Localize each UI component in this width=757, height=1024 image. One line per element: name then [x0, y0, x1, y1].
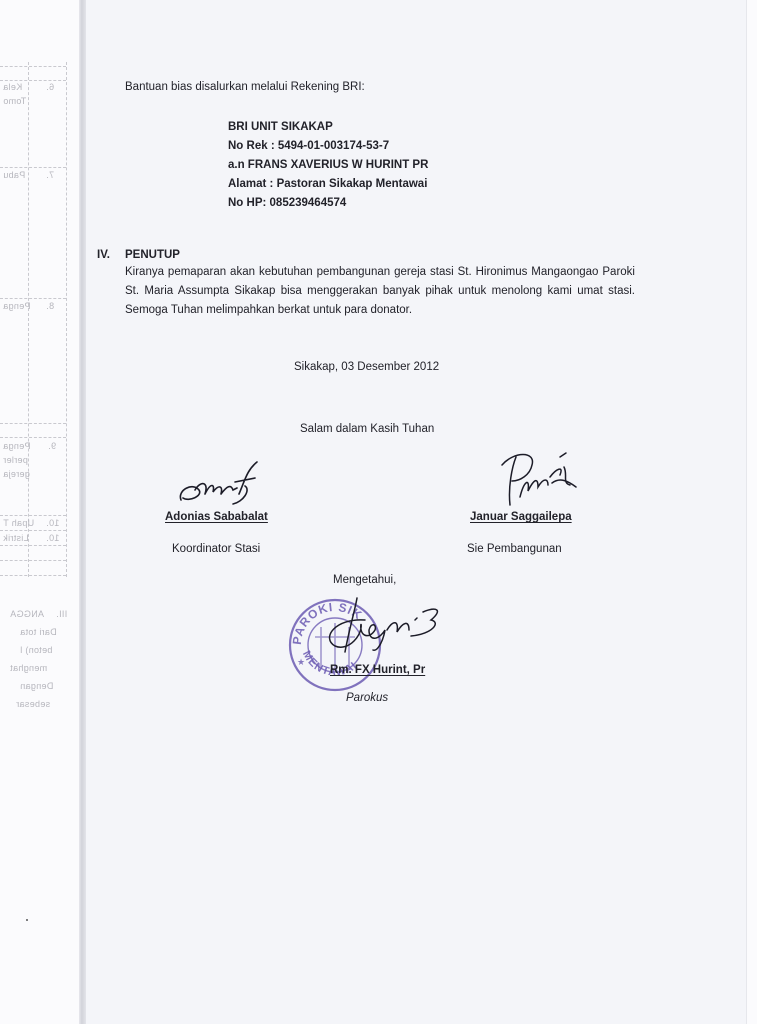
ghost-text: Dengan: [20, 681, 53, 691]
table-line: [0, 437, 66, 438]
signatory-role-1: Koordinator Stasi: [172, 543, 260, 555]
table-line: [0, 560, 66, 561]
signature-adonias: [175, 460, 265, 510]
acknowledger-role: Parokus: [346, 692, 388, 704]
signatory-role-2: Sie Pembangunan: [467, 543, 562, 555]
acknowledger-name: Rm. FX Hurint, Pr: [330, 664, 425, 676]
ghost-text: Penga: [3, 301, 31, 311]
bank-address: Alamat : Pastoran Sikakap Mentawai: [228, 178, 427, 190]
donation-intro: Bantuan bias disalurkan melalui Rekening…: [125, 81, 365, 93]
table-line: [0, 515, 66, 516]
ghost-row-number: 7.: [46, 170, 54, 180]
phone-number: No HP: 085239464574: [228, 197, 346, 209]
table-line: [0, 167, 66, 168]
ghost-text: Listrik: [3, 533, 29, 543]
ghost-text: Dari tota: [20, 627, 57, 637]
ghost-row-number: 6.: [46, 82, 54, 92]
closing-paragraph: Kiranya pemaparan akan kebutuhan pembang…: [125, 263, 635, 320]
ghost-text: gereja: [3, 469, 30, 479]
ghost-row-number: 9.: [48, 441, 56, 451]
ghost-row-number: 8.: [46, 301, 54, 311]
ghost-text: Upah T: [3, 518, 34, 528]
section-number: IV.: [97, 249, 110, 261]
signature-januar: [490, 447, 580, 512]
bank-unit: BRI UNIT SIKAKAP: [228, 121, 333, 133]
account-number: No Rek : 5494-01-003174-53-7: [228, 140, 389, 152]
ghost-text: Penga: [3, 441, 31, 451]
table-line: [66, 62, 67, 577]
table-line: [0, 545, 66, 546]
greeting: Salam dalam Kasih Tuhan: [300, 423, 434, 435]
place-date: Sikakap, 03 Desember 2012: [294, 361, 439, 373]
scan-speck: [26, 919, 28, 921]
ghost-text: Tomo: [3, 96, 26, 106]
ghost-section-number: III.: [56, 609, 67, 619]
ghost-text: perler: [3, 455, 28, 465]
acknowledged-label: Mengetahui,: [333, 574, 396, 586]
stamp-star-icon: ★: [297, 657, 305, 667]
table-line: [0, 575, 66, 576]
signatory-name-1: Adonias Sababalat: [165, 511, 276, 523]
ghost-text: Kela: [3, 82, 22, 92]
ghost-row-number: 10.: [46, 518, 59, 528]
page-edge: [746, 0, 757, 1024]
ghost-text: beton) l: [20, 645, 52, 655]
signature-hurint: [315, 590, 450, 665]
ghost-section-heading: ANGGA: [10, 609, 44, 619]
table-line: [0, 423, 66, 424]
page-fold-shadow: [79, 0, 86, 1024]
ghost-text: menghat: [10, 663, 47, 673]
account-name: a.n FRANS XAVERIUS W HURINT PR: [228, 159, 428, 171]
ghost-text: Pabu: [3, 170, 25, 180]
ghost-row-number: 10.: [46, 533, 59, 543]
table-line: [0, 80, 66, 81]
table-line: [0, 298, 66, 299]
table-line: [0, 66, 66, 67]
ghost-text: sebesar: [16, 699, 50, 709]
table-line: [0, 530, 66, 531]
table-line: [28, 62, 29, 577]
previous-page-bleed: 6. Kela Tomo 7. Pabu 8. Penga 9. Penga p…: [0, 0, 82, 1024]
section-title: PENUTUP: [125, 249, 180, 261]
signatory-name-2: Januar Saggailepa: [466, 511, 572, 523]
